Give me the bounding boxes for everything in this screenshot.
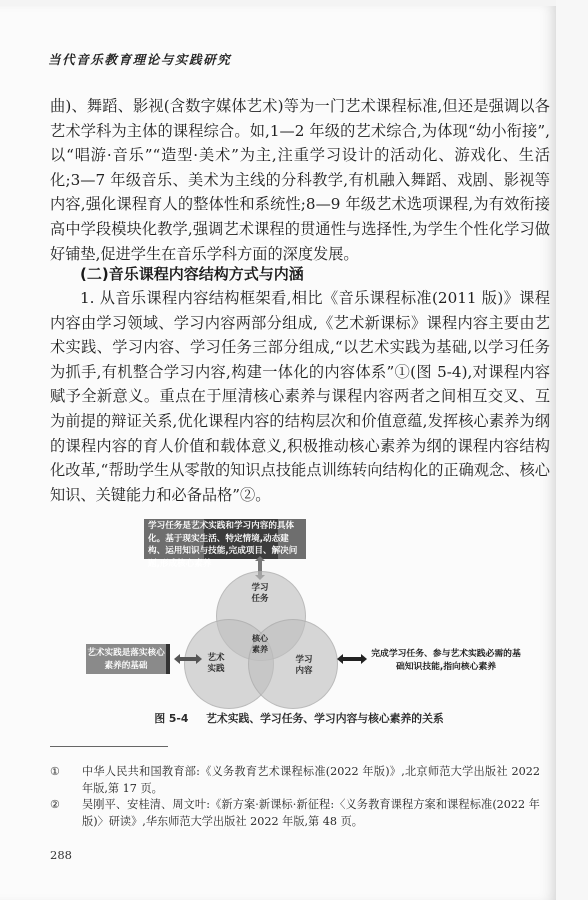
- footnote-divider: [50, 746, 168, 747]
- figure-caption: 图 5-4 艺术实践、学习任务、学习内容与核心素养的关系: [0, 711, 588, 726]
- page-number: 288: [50, 848, 72, 862]
- paragraph-2: 1. 从音乐课程内容结构框架看,相比《音乐课程标准(2011 版)》课程内容由学…: [50, 286, 550, 507]
- footnote-mark: ②: [50, 797, 60, 814]
- footnotes: ① 中华人民共和国教育部:《义务教育艺术课程标准(2022 年版)》,北京师范大…: [50, 764, 540, 830]
- paragraph-2-text: 1. 从音乐课程内容结构框架看,相比《音乐课程标准(2011 版)》课程内容由学…: [50, 286, 550, 507]
- art-practice-foundation-box: 艺术实践是落实核心素养的基础: [86, 644, 170, 674]
- left-double-arrow-icon: [178, 657, 198, 661]
- label-learning-content: 学习 内容: [284, 655, 324, 677]
- footnote-1: ① 中华人民共和国教育部:《义务教育艺术课程标准(2022 年版)》,北京师范大…: [50, 764, 540, 797]
- figure-diagram: 学习任务是艺术实践和学习内容的具体化。基于现实生活、特定情境,动态建构、运用知识…: [60, 515, 520, 705]
- section-heading: (二)音乐课程内容结构方式与内涵: [80, 263, 304, 284]
- footnote-2: ② 吴刚平、安桂清、周文叶:《新方案·新课标·新征程:〈义务教育课程方案和课程标…: [50, 797, 540, 830]
- figure-title: 艺术实践、学习任务、学习内容与核心素养的关系: [206, 712, 444, 725]
- page-edge: [556, 0, 588, 900]
- footnote-text: 吴刚平、安桂清、周文叶:《新方案·新课标·新征程:〈义务教育课程方案和课程标准(…: [82, 798, 540, 828]
- learning-content-description: 完成学习任务、参与艺术实践必需的基础知识技能,指向核心素养: [371, 648, 521, 674]
- label-art-practice: 艺术 实践: [196, 653, 236, 675]
- learning-task-description-box: 学习任务是艺术实践和学习内容的具体化。基于现实生活、特定情境,动态建构、运用知识…: [144, 519, 306, 559]
- label-core-literacy: 核心 素养: [240, 633, 280, 655]
- paragraph-1-text: 曲)、舞蹈、影视(含数字媒体艺术)等为一门艺术课程标准,但还是强调以各艺术学科为…: [50, 94, 550, 266]
- right-double-arrow-icon: [341, 657, 363, 661]
- label-learning-task: 学习 任务: [240, 583, 280, 605]
- footnote-text: 中华人民共和国教育部:《义务教育艺术课程标准(2022 年版)》,北京师范大学出…: [82, 765, 540, 795]
- footnote-mark: ①: [50, 764, 60, 781]
- figure-number: 图 5-4: [154, 712, 188, 725]
- running-head: 当代音乐教育理论与实践研究: [48, 50, 231, 68]
- paragraph-1: 曲)、舞蹈、影视(含数字媒体艺术)等为一门艺术课程标准,但还是强调以各艺术学科为…: [50, 94, 550, 266]
